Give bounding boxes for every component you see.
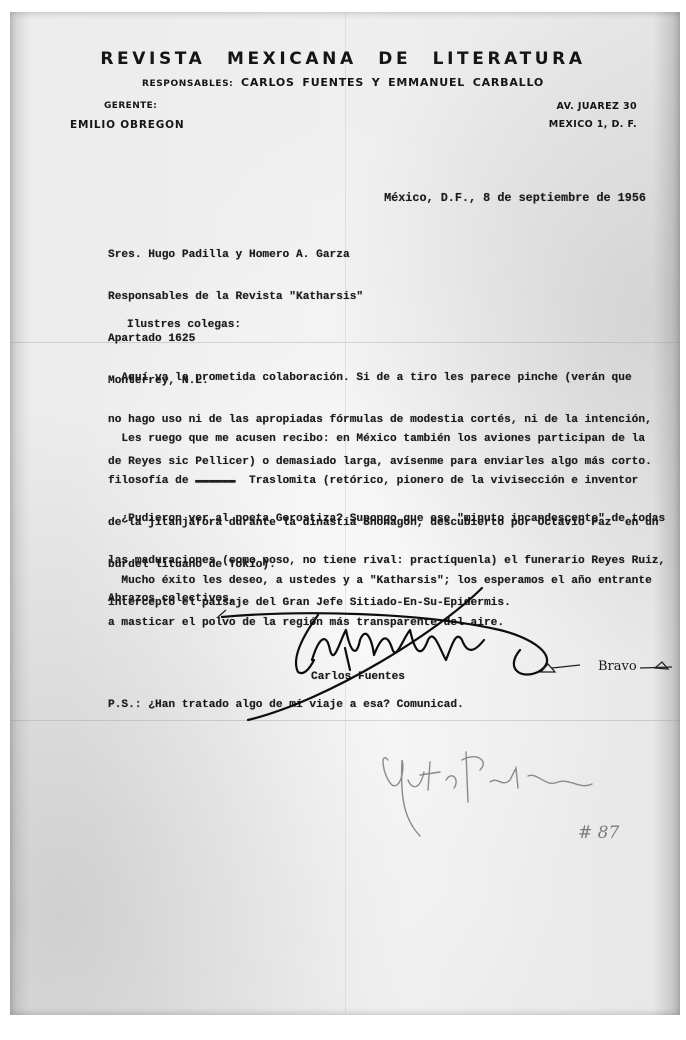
gerente-name: EMILIO OBREGON	[70, 119, 184, 131]
typed-signature: Carlos Fuentes	[311, 670, 405, 684]
responsables-label: RESPONSABLES:	[142, 79, 233, 89]
postscript: P.S.: ¿Han tratado algo de mi viaje a es…	[108, 698, 464, 712]
paragraph-line: Mucho éxito les deseo, a ustedes y a "Ka…	[108, 574, 648, 588]
letterhead-address-line1: AV. JUAREZ 30	[557, 101, 637, 112]
paragraph-line: Aquí va la prometida colaboración. Si de…	[108, 371, 648, 385]
letterhead-responsables: RESPONSABLES: CARLOS FUENTES Y EMMANUEL …	[0, 76, 686, 89]
paragraph-line: Les ruego que me acusen recibo: en Méxic…	[108, 432, 648, 446]
responsables-names: CARLOS FUENTES Y EMMANUEL CARBALLO	[241, 76, 544, 89]
paragraph-line: ¿Pudieron ver al poeta Gorostiza? Supong…	[108, 512, 648, 526]
recipient-line: Responsables de la Revista "Katharsis"	[108, 290, 363, 304]
paragraph-line: a masticar el polvo de la región más tra…	[108, 616, 648, 630]
closing: Abrazos colectivos,	[108, 592, 236, 606]
letterhead-address-line2: MEXICO 1, D. F.	[549, 119, 637, 130]
gerente-label: GERENTE:	[104, 101, 157, 111]
letterhead-title: REVISTA MEXICANA DE LITERATURA	[0, 49, 686, 69]
date-line: México, D.F., 8 de septiembre de 1956	[384, 191, 646, 205]
salutation: Ilustres colegas:	[127, 318, 241, 332]
recipient-line: Sres. Hugo Padilla y Homero A. Garza	[108, 248, 363, 262]
